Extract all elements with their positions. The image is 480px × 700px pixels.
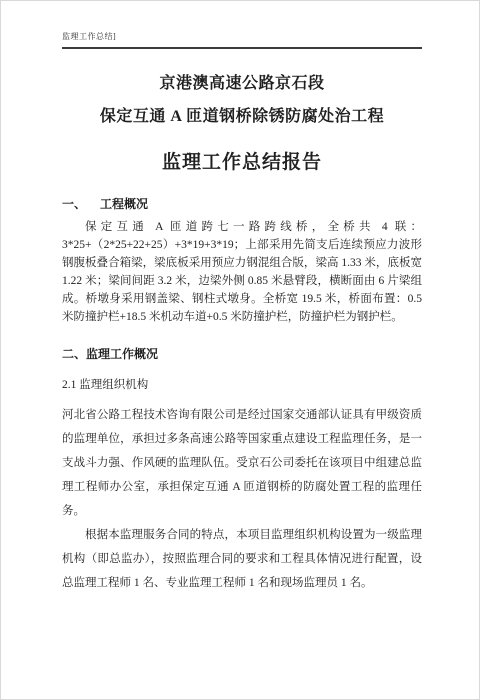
section2-subheading: 2.1 监理组织机构 [62,376,422,392]
section1-paragraph: 保定互通 A 匝道跨七一路跨线桥，全桥共 4 联：3*25+（2*25+22+2… [62,218,422,326]
section1-heading-text: 工程概况 [100,197,148,211]
doc-title-line2: 保定互通 A 匝道钢桥除锈防腐处治工程 [62,103,422,126]
section1-heading-number: 一、 [62,197,86,211]
section2-paragraph-2: 根据本监理服务合同的特点，本项目监理组织机构设置为一级监理机构（即总监办），按照… [62,523,422,595]
section1-heading: 一、工程概况 [62,195,422,212]
page-header: 监理工作总结] [62,1,422,49]
header-text: 监理工作总结] [62,32,116,41]
document-page: 监理工作总结] 京港澳高速公路京石段 保定互通 A 匝道钢桥除锈防腐处治工程 监… [0,0,480,700]
doc-title-line1: 京港澳高速公路京石段 [62,70,422,93]
section2-heading: 二、监理工作概况 [62,345,422,362]
report-title: 监理工作总结报告 [62,147,422,174]
section2-paragraph-1: 河北省公路工程技术咨询有限公司是经过国家交通部认证具有甲级资质的监理单位，承担过… [62,403,422,523]
